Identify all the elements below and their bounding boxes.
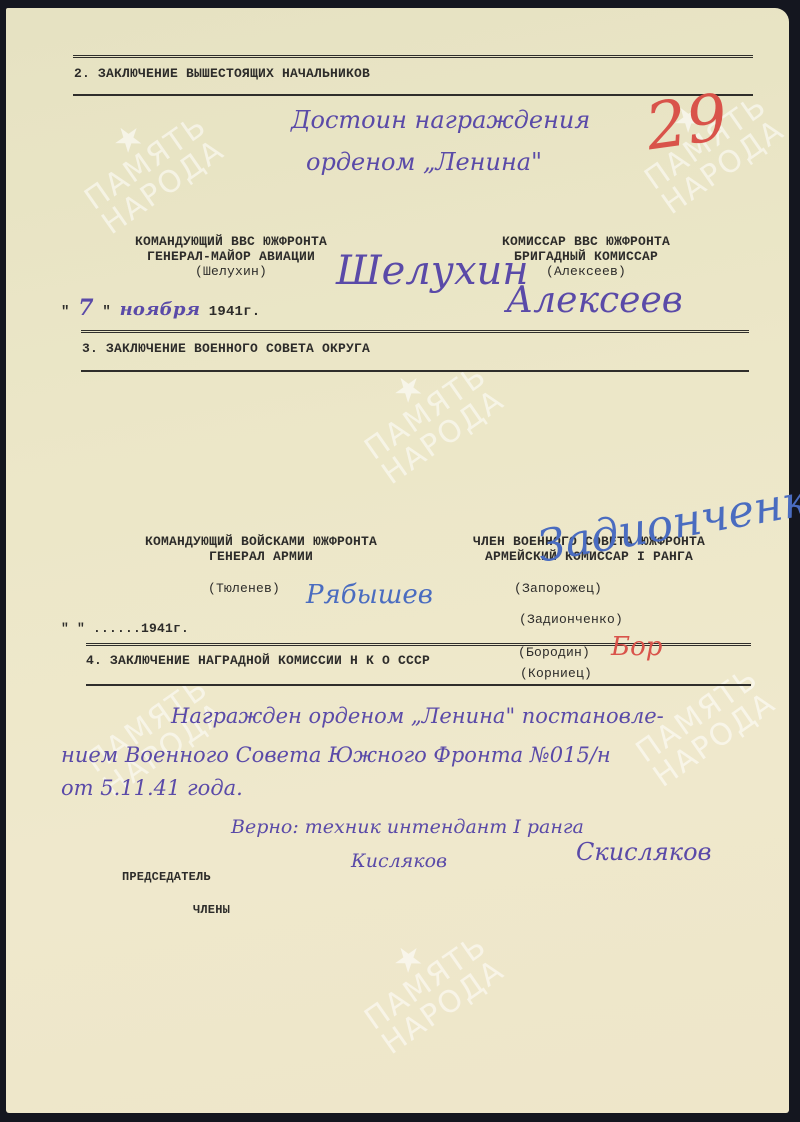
divider [86, 684, 751, 686]
watermark: ПАМЯТЬНАРОДА [632, 663, 782, 793]
red-mark: Бор [611, 632, 662, 662]
signatory-name: (Алексеев) [466, 264, 706, 279]
signatory-name: (Тюленев) [208, 581, 280, 596]
section2-heading: 2. ЗАКЛЮЧЕНИЕ ВЫШЕСТОЯЩИХ НАЧАЛЬНИКОВ [74, 66, 370, 81]
section4-heading: 4. ЗАКЛЮЧЕНИЕ НАГРАДНОЙ КОМИССИИ Н К О С… [86, 653, 430, 668]
section2-left-signatory: КОМАНДУЮЩИЙ ВВС ЮЖФРОНТА ГЕНЕРАЛ-МАЙОР А… [106, 234, 356, 279]
section2-date: " 7 " ноября 1941г. [61, 295, 260, 321]
certifier-signature: Скисляков [576, 838, 712, 866]
certifier-name: Кисляков [351, 850, 447, 872]
signatory-name: (Бородин) [518, 645, 590, 660]
signatory-title: КОМАНДУЮЩИЙ ВОЙСКАМИ ЮЖФРОНТА [106, 534, 416, 549]
section3-left-signatory: КОМАНДУЮЩИЙ ВОЙСКАМИ ЮЖФРОНТА ГЕНЕРАЛ АР… [106, 534, 416, 564]
section2-handwritten-line2: орденом „Ленина" [306, 148, 542, 176]
section2-handwritten-line1: Достоин награждения [291, 106, 590, 134]
signatory-rank: БРИГАДНЫЙ КОМИССАР [466, 249, 706, 264]
signatory-name: (Корниец) [520, 666, 592, 681]
signatory-rank: ГЕНЕРАЛ АРМИИ [106, 549, 416, 564]
divider [73, 55, 753, 59]
award-document-page: ★ПАМЯТЬНАРОДА ★ПАМЯТЬНАРОДА ★ПАМЯТЬНАРОД… [6, 8, 789, 1113]
signatory-title: КОМАНДУЮЩИЙ ВВС ЮЖФРОНТА [106, 234, 356, 249]
page-number-mark: 29 [641, 81, 732, 166]
section4-handwritten-line1: Награжден орденом „Ленина" постановле- [171, 704, 664, 728]
star-icon: ★ [63, 86, 196, 191]
section3-date: " " ......1941г. [61, 621, 189, 636]
signatory-title: КОМИССАР ВВС ЮЖФРОНТА [466, 234, 706, 249]
divider [81, 330, 749, 334]
members-label: ЧЛЕНЫ [193, 903, 230, 917]
signatory-name: (Запорожец) [514, 581, 602, 596]
chairman-label: ПРЕДСЕДАТЕЛЬ [122, 870, 211, 884]
section4-handwritten-line3: от 5.11.41 года. [61, 776, 243, 800]
signature: Алексеев [506, 280, 683, 321]
certification-line: Верно: техник интендант I ранга [231, 816, 584, 838]
star-icon: ★ [343, 906, 476, 1011]
section4-handwritten-line2: нием Военного Совета Южного Фронта №015/… [61, 743, 611, 767]
signatory-rank: ГЕНЕРАЛ-МАЙОР АВИАЦИИ [106, 249, 356, 264]
divider [81, 370, 749, 372]
watermark: ★ПАМЯТЬНАРОДА [343, 336, 510, 490]
signature: Рябышев [306, 580, 433, 610]
section2-right-signatory: КОМИССАР ВВС ЮЖФРОНТА БРИГАДНЫЙ КОМИССАР… [466, 234, 706, 279]
section3-heading: 3. ЗАКЛЮЧЕНИЕ ВОЕННОГО СОВЕТА ОКРУГА [82, 341, 370, 356]
signatory-name: (Шелухин) [106, 264, 356, 279]
signatory-name: (Задионченко) [519, 612, 623, 627]
watermark: ★ПАМЯТЬНАРОДА [63, 86, 230, 240]
watermark: ★ПАМЯТЬНАРОДА [343, 906, 510, 1060]
